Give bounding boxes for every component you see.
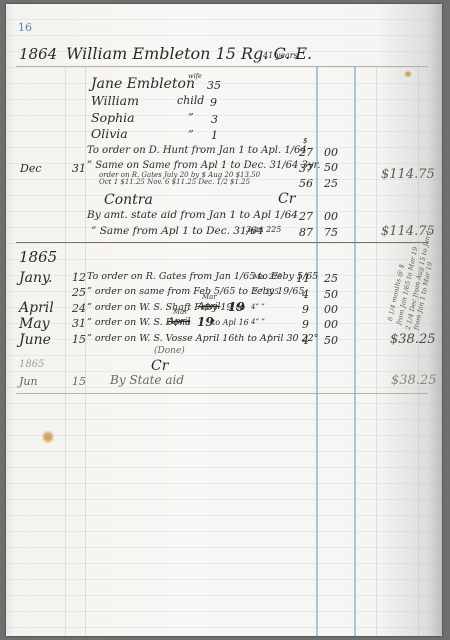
entry-text: ” order on W. S. Vosse April 16th to Apr…	[87, 334, 318, 344]
entry-struck: April	[168, 318, 190, 327]
entry-dollars: 4	[302, 334, 309, 347]
ledger-page: 16 1864 William Embleton 15 Rg. C. E. 41…	[6, 4, 442, 636]
credit-month: Jun	[19, 376, 38, 387]
dollar-sign: $	[303, 137, 307, 145]
family-age: 35	[207, 80, 221, 91]
header-year: 1864	[19, 47, 57, 62]
entry-text: By State aid	[110, 374, 184, 386]
entry-day: 31	[72, 318, 86, 329]
entry-cents: 25	[324, 272, 338, 285]
entry-month: Jany.	[19, 271, 52, 285]
entry-cents: 50	[324, 334, 338, 347]
entry-dollars: 9	[302, 303, 309, 316]
entry-rate: 3yrs 225	[246, 226, 281, 234]
credit-total: $38.25	[391, 373, 437, 388]
entry-rate: 4” ”	[251, 319, 265, 326]
ledger-line-total	[376, 66, 377, 636]
header-age: 41 years	[263, 52, 298, 60]
credit-mark: Cr	[278, 192, 295, 206]
entry-text: ” Same from Apl 1 to Dec. 31/64	[91, 226, 264, 237]
family-name: Sophia	[91, 112, 135, 125]
entry-correction: Mar	[202, 294, 217, 301]
entry-day: 24	[72, 303, 86, 314]
family-name: Jane Embleton	[91, 77, 195, 91]
contra-label: Contra	[104, 193, 153, 207]
done-note: (Done)	[154, 347, 185, 356]
entry-day: 12	[72, 272, 86, 283]
entry-cents: 00	[324, 318, 338, 331]
entry-text: To order on R. Gates from Jan 1/65 to Fe…	[87, 272, 318, 282]
entry-dollars: 4	[302, 288, 309, 301]
entry-day: 15	[72, 334, 86, 345]
section-divider-1864-1865	[16, 242, 428, 243]
entry-rate: Mo. 225	[253, 274, 282, 281]
credit-year: 1865	[19, 360, 44, 370]
family-age: 9	[210, 97, 217, 108]
family-relation: child	[177, 95, 204, 106]
entry-rate: 2 ” 225	[253, 289, 279, 296]
entry-dollars: 11	[296, 272, 310, 285]
entry-text: By amt. state aid from Jan 1 to Apl 1/64	[87, 210, 298, 221]
margin-line-month	[65, 66, 66, 636]
entry-dollars: 27	[299, 146, 313, 159]
ledger-line-cents	[354, 66, 356, 636]
credit-mark: Cr	[151, 359, 168, 373]
family-name: William	[91, 95, 139, 108]
entry-cents: 00	[324, 210, 338, 223]
entry-day: 31	[72, 163, 86, 174]
entry-text-after: to Apl 16	[212, 319, 249, 327]
entry-correction: Mar	[173, 309, 188, 316]
entry-text: ” Same on Same from Apl 1 to Dec. 31/64 …	[87, 161, 320, 171]
entry-cents: 00	[324, 146, 338, 159]
credit-day: 15	[72, 376, 86, 387]
entry-bold-day: 19	[228, 301, 245, 313]
entry-month: May	[19, 317, 50, 331]
entry-cents: 50	[324, 161, 338, 174]
margin-line-day	[85, 66, 86, 636]
family-relation: ”	[188, 129, 194, 140]
debit-total: $114.75	[381, 167, 435, 182]
section-end-rule	[16, 393, 428, 394]
entry-dollars: 27	[299, 210, 313, 223]
ledger-line-right	[418, 66, 419, 636]
entry-text: To order on D. Hunt from Jan 1 to Apl. 1…	[87, 146, 307, 156]
page-number: 16	[18, 21, 32, 34]
family-name: Olivia	[91, 128, 128, 141]
family-relation: ”	[188, 112, 194, 123]
entry-cents: 75	[324, 226, 338, 239]
entry-day: 25	[72, 287, 86, 298]
entry-note: Oct 1 $11.25 Nov. 6 $11.25 Dec. 1/2 $1.2…	[99, 179, 250, 186]
section-year: 1865	[19, 250, 57, 265]
entry-dollars: 87	[299, 226, 313, 239]
entry-month: Dec	[20, 163, 42, 174]
entry-struck: April	[198, 303, 220, 312]
header-rule	[16, 66, 428, 67]
ledger-line-dollars	[316, 66, 318, 636]
family-age: 3	[211, 114, 218, 125]
entry-month: April	[19, 301, 54, 315]
entry-rate: 4” ”	[251, 304, 265, 311]
entry-dollars: 9	[302, 318, 309, 331]
entry-cents: 00	[324, 303, 338, 316]
entry-cents: 25	[324, 177, 338, 190]
entry-month: June	[19, 333, 51, 347]
stain-mark	[404, 71, 412, 77]
family-age: 1	[211, 130, 218, 141]
entry-cents: 50	[324, 288, 338, 301]
entry-rate: ”	[268, 335, 272, 342]
debit-total: $38.25	[390, 332, 436, 347]
stain-mark	[42, 430, 54, 444]
entry-dollars: 56	[299, 177, 313, 190]
entry-text: ” order on W. S. Shaft Feby 19 to	[87, 303, 245, 313]
family-relation: wife	[188, 73, 202, 80]
entry-dollars: 37	[299, 162, 313, 175]
